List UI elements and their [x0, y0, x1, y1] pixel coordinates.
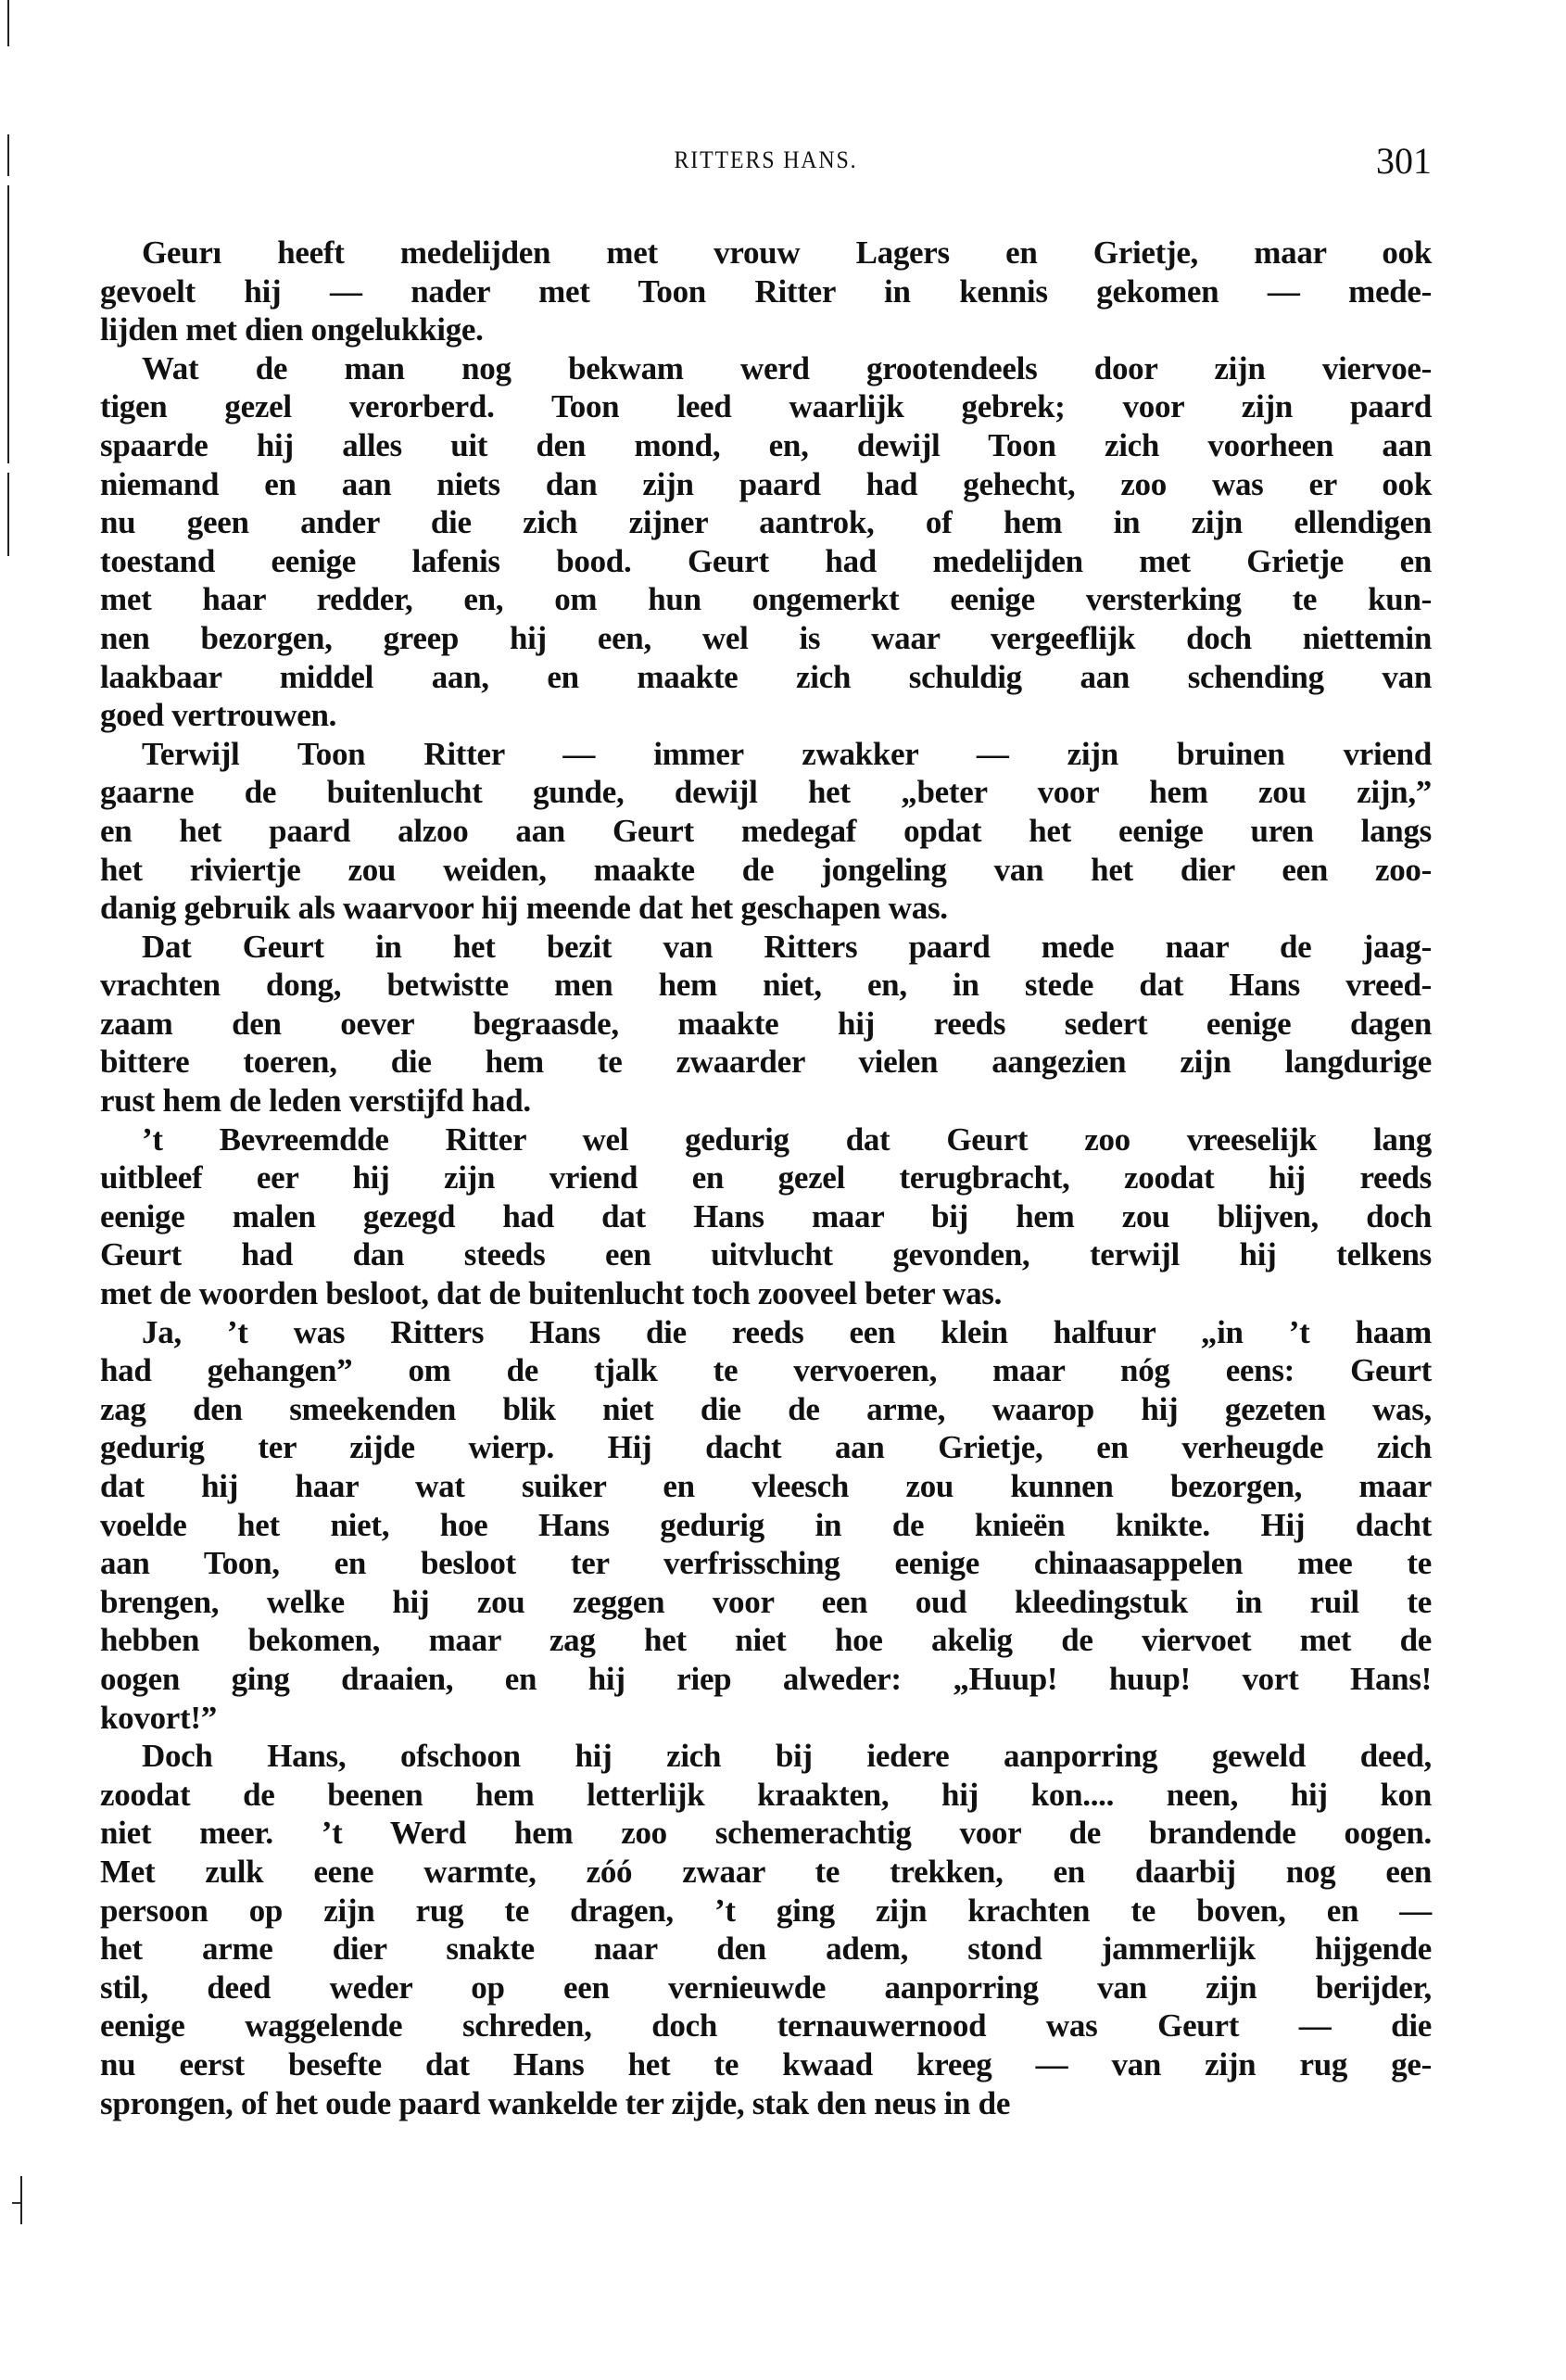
margin-mark	[20, 2176, 22, 2224]
text-line: hebben bekomen, maar zag het niet hoe ak…	[100, 1621, 1432, 1660]
paragraph: Dat Geurt in het bezit van Ritters paard…	[100, 928, 1432, 1120]
text-line: bittere toeren, die hem te zwaarder viel…	[100, 1043, 1432, 1082]
paragraph: ’t Bevreemdde Ritter wel gedurig dat Geu…	[100, 1120, 1432, 1313]
body-text: Geurı heeft medelijden met vrouw Lagers …	[100, 234, 1432, 2122]
page-number: 301	[1376, 139, 1432, 183]
text-line: Wat de man nog bekwam werd grootendeels …	[100, 349, 1432, 388]
margin-tick	[12, 2202, 20, 2204]
text-line: nu eerst besefte dat Hans het te kwaad k…	[100, 2045, 1432, 2084]
text-line: gevoelt hij — nader met Toon Ritter in k…	[100, 272, 1432, 311]
text-line: zoodat de beenen hem letterlijk kraakten…	[100, 1776, 1432, 1815]
text-line: Geurt had dan steeds een uitvlucht gevon…	[100, 1235, 1432, 1274]
text-line: oogen ging draaien, en hij riep alweder:…	[100, 1660, 1432, 1699]
text-line: eenige malen gezegd had dat Hans maar bi…	[100, 1197, 1432, 1236]
text-line: nu geen ander die zich zijner aantrok, o…	[100, 503, 1432, 542]
text-line: Met zulk eene warmte, zóó zwaar te trekk…	[100, 1853, 1432, 1892]
text-line: gaarne de buitenlucht gunde, dewijl het …	[100, 773, 1432, 812]
text-line: het arme dier snakte naar den adem, ston…	[100, 1930, 1432, 1969]
scan-edge-line	[7, 185, 9, 463]
text-line: gedurig ter zijde wierp. Hij dacht aan G…	[100, 1428, 1432, 1467]
text-line: laakbaar middel aan, en maakte zich schu…	[100, 658, 1432, 697]
text-line: rust hem de leden verstijfd had.	[100, 1082, 1432, 1120]
paragraph: Doch Hans, ofschoon hij zich bij iedere …	[100, 1737, 1432, 2122]
paragraph: Ja, ’t was Ritters Hans die reeds een kl…	[100, 1313, 1432, 1738]
text-line: toestand eenige lafenis bood. Geurt had …	[100, 542, 1432, 581]
text-line: met haar redder, en, om hun ongemerkt ee…	[100, 580, 1432, 619]
text-line: stil, deed weder op een vernieuwde aanpo…	[100, 1969, 1432, 2007]
scan-edge-line	[7, 134, 9, 176]
text-line: niemand en aan niets dan zijn paard had …	[100, 465, 1432, 504]
paragraph: Wat de man nog bekwam werd grootendeels …	[100, 349, 1432, 735]
text-line: zaam den oever begraasde, maakte hij ree…	[100, 1005, 1432, 1044]
text-line: uitbleef eer hij zijn vriend en gezel te…	[100, 1158, 1432, 1197]
paragraph: Terwijl Toon Ritter — immer zwakker — zi…	[100, 735, 1432, 928]
text-line: danig gebruik als waarvoor hij meende da…	[100, 889, 1432, 928]
text-line: dat hij haar wat suiker en vleesch zou k…	[100, 1467, 1432, 1506]
running-title: RITTERS HANS.	[153, 146, 1378, 174]
text-line: aan Toon, en besloot ter verfrissching e…	[100, 1544, 1432, 1583]
text-line: goed vertrouwen.	[100, 696, 1432, 735]
text-line: met de woorden besloot, dat de buitenluc…	[100, 1274, 1432, 1313]
text-line: het riviertje zou weiden, maakte de jong…	[100, 851, 1432, 890]
text-line: sprongen, of het oude paard wankelde ter…	[100, 2084, 1432, 2123]
text-line: vrachten dong, betwistte men hem niet, e…	[100, 966, 1432, 1005]
text-line: kovort!”	[100, 1699, 1432, 1738]
text-line: had gehangen” om de tjalk te vervoeren, …	[100, 1351, 1432, 1390]
text-line: lijden met dien ongelukkige.	[100, 310, 1432, 349]
text-line: Doch Hans, ofschoon hij zich bij iedere …	[100, 1737, 1432, 1776]
text-line: Ja, ’t was Ritters Hans die reeds een kl…	[100, 1313, 1432, 1352]
text-line: zag den smeekenden blik niet die de arme…	[100, 1390, 1432, 1429]
text-line: tigen gezel verorberd. Toon leed waarlij…	[100, 387, 1432, 426]
scan-edge-line	[7, 0, 9, 46]
running-head: RITTERS HANS. 301	[100, 139, 1432, 185]
paragraph: Geurı heeft medelijden met vrouw Lagers …	[100, 234, 1432, 349]
text-line: nen bezorgen, greep hij een, wel is waar…	[100, 619, 1432, 658]
text-line: brengen, welke hij zou zeggen voor een o…	[100, 1583, 1432, 1622]
book-page: RITTERS HANS. 301 Geurı heeft medelijden…	[0, 0, 1566, 2380]
text-line: Terwijl Toon Ritter — immer zwakker — zi…	[100, 735, 1432, 774]
text-line: Geurı heeft medelijden met vrouw Lagers …	[100, 234, 1432, 272]
text-line: Dat Geurt in het bezit van Ritters paard…	[100, 928, 1432, 967]
text-line: eenige waggelende schreden, doch ternauw…	[100, 2007, 1432, 2045]
text-line: en het paard alzoo aan Geurt medegaf opd…	[100, 812, 1432, 851]
scan-edge-line	[7, 473, 9, 556]
text-line: ’t Bevreemdde Ritter wel gedurig dat Geu…	[100, 1120, 1432, 1159]
text-line: persoon op zijn rug te dragen, ’t ging z…	[100, 1892, 1432, 1931]
text-line: spaarde hij alles uit den mond, en, dewi…	[100, 426, 1432, 465]
text-line: niet meer. ’t Werd hem zoo schemerachtig…	[100, 1814, 1432, 1853]
text-line: voelde het niet, hoe Hans gedurig in de …	[100, 1506, 1432, 1545]
